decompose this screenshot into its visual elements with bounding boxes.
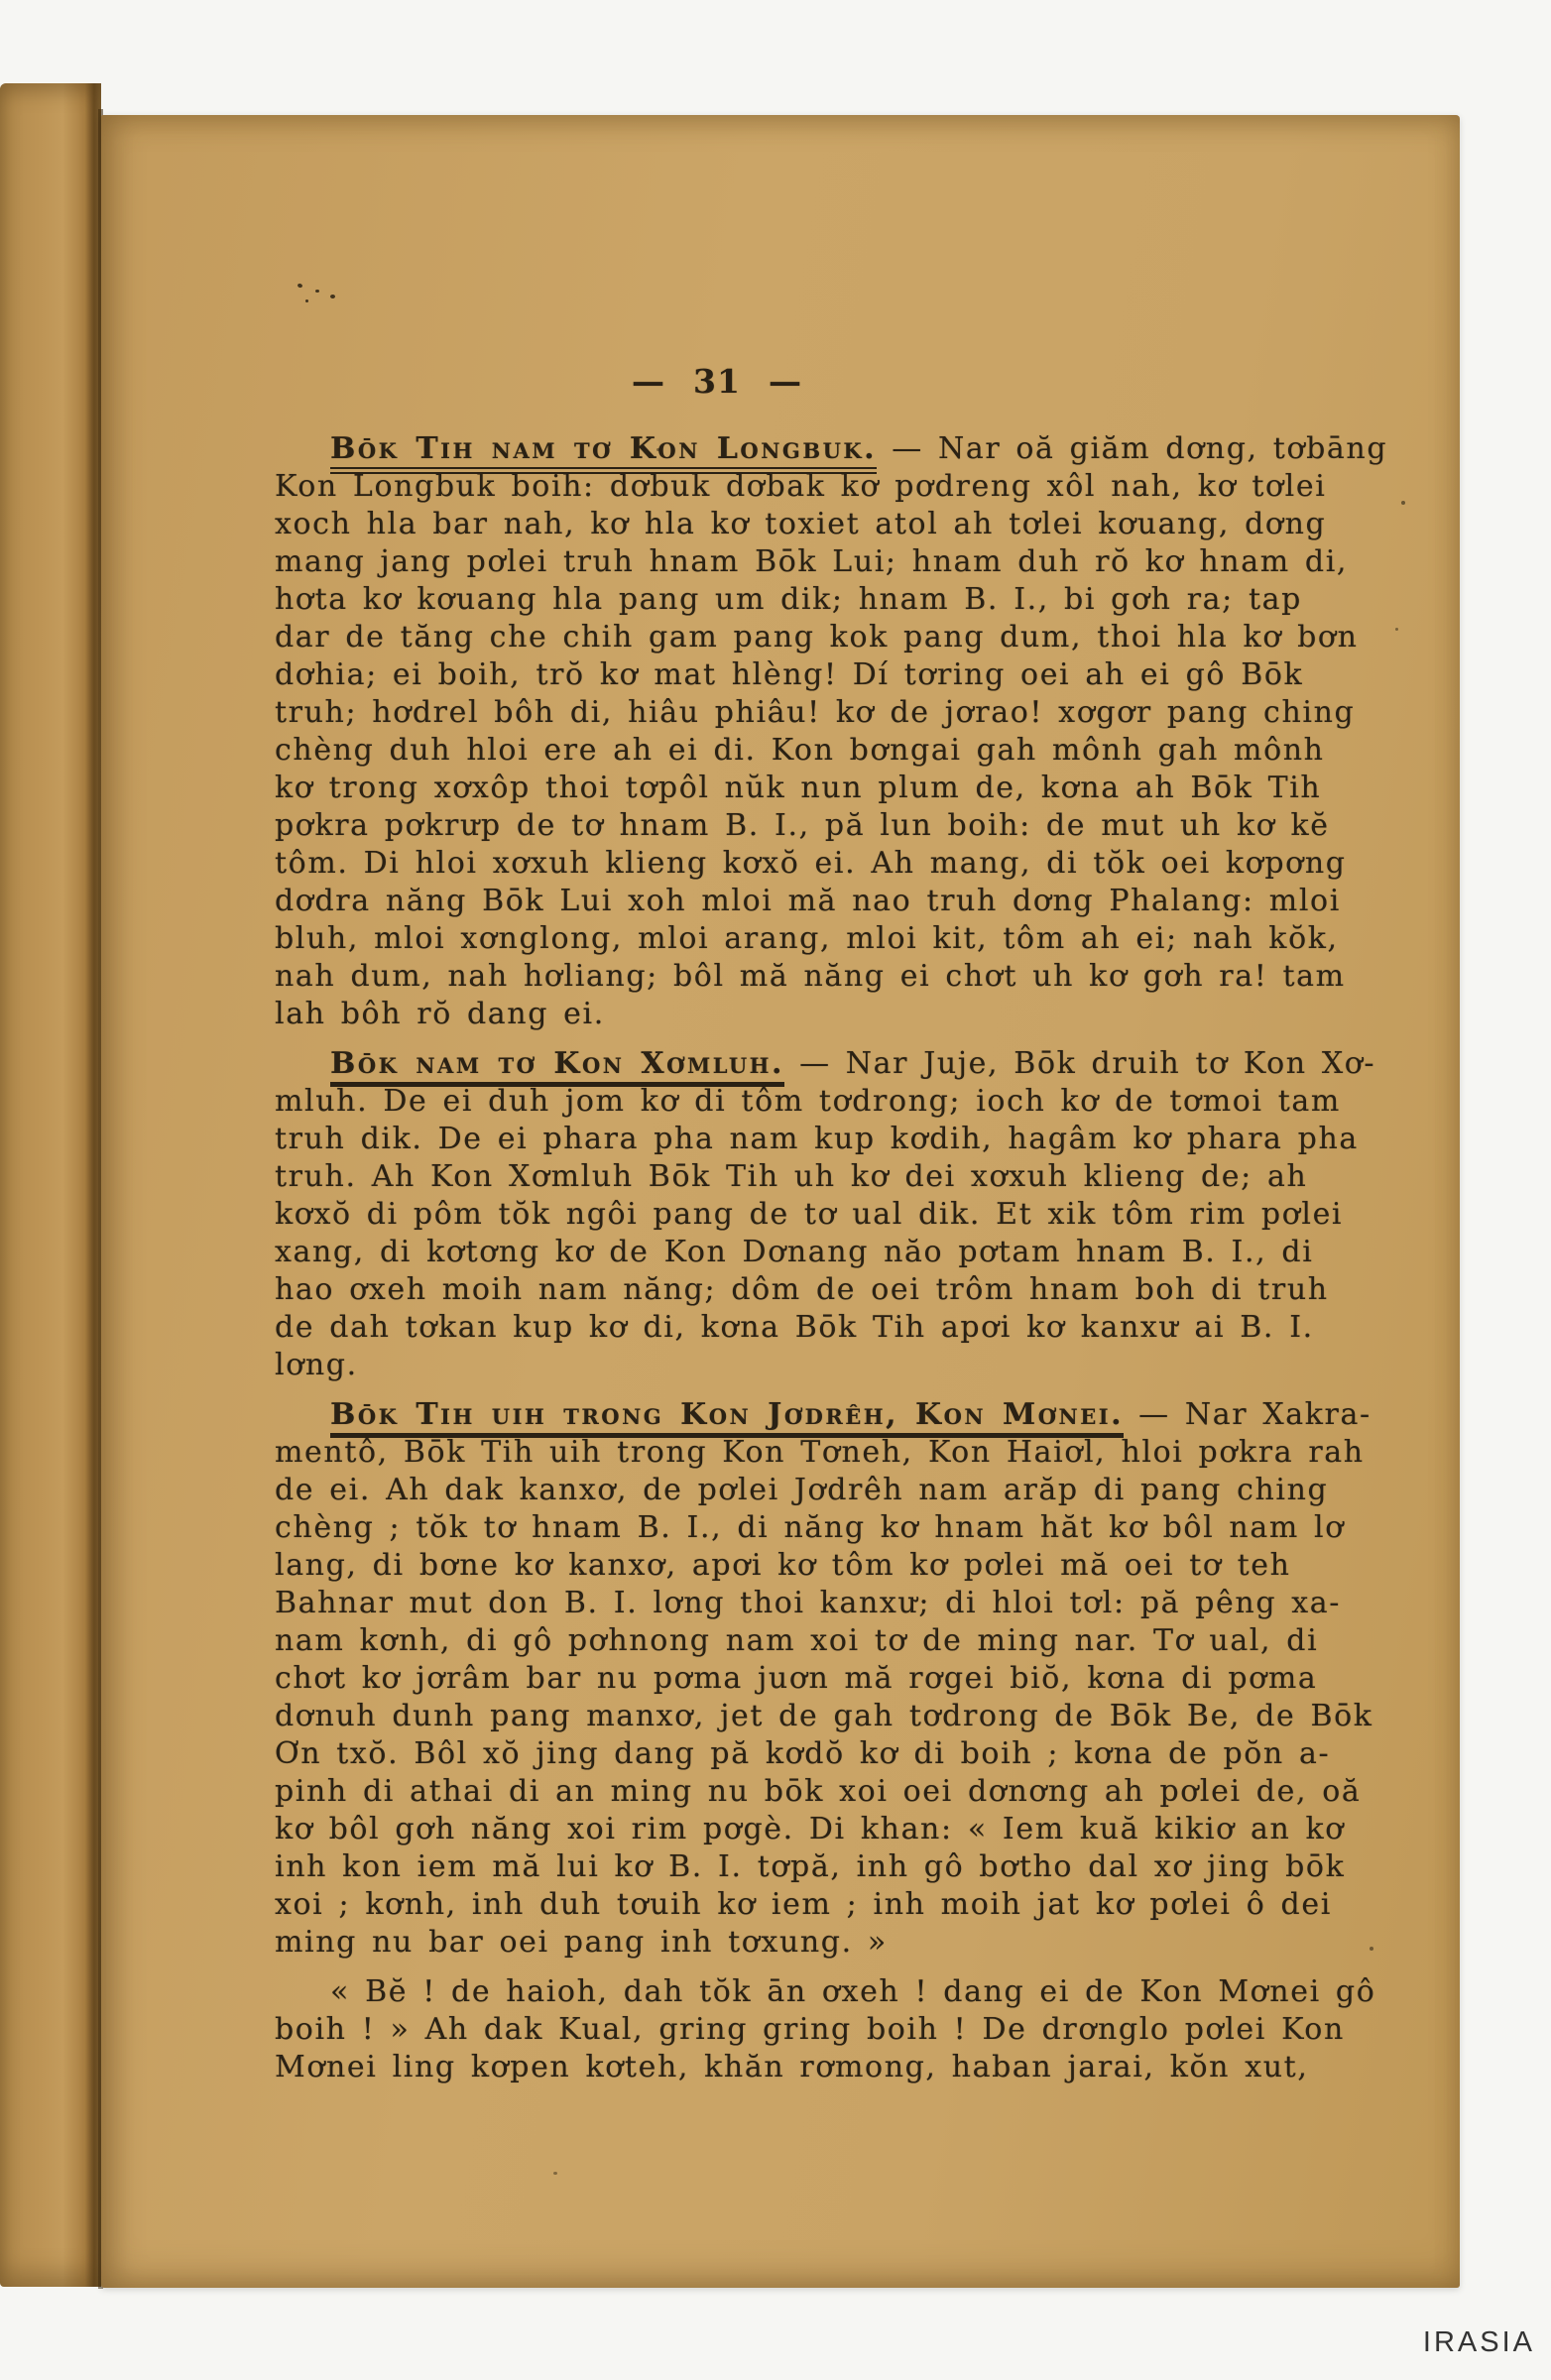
ink-speckle	[1395, 628, 1398, 631]
paragraph-body: « Bĕ ! de haioh, dah tŏk ān ơxeh ! dang …	[275, 1974, 1375, 2084]
section-heading-kon-jodreh-monei: Bōk Tih uih trong Kon Jơdrêh, Kon Mơnei.	[330, 1397, 1124, 1438]
paragraph-kon-xomluh: Bōk nam tơ Kon Xơmluh. — Nar Juje, Bōk d…	[275, 1045, 1445, 1384]
paragraph-quote: « Bĕ ! de haioh, dah tŏk ān ơxeh ! dang …	[275, 1973, 1445, 2086]
paragraph-body: — Nar oă giăm dơng, tơbāng Kon Longbuk b…	[275, 431, 1387, 1031]
paragraph-kon-jodreh-monei: Bōk Tih uih trong Kon Jơdrêh, Kon Mơnei.…	[275, 1396, 1445, 1962]
ink-speckle	[1370, 1947, 1373, 1951]
watermark: IRASIA	[1423, 2326, 1535, 2359]
text-block: —31— Bōk Tih nam tơ Kon Longbuk. — Nar o…	[275, 363, 1445, 2098]
book-page: —31— Bōk Tih nam tơ Kon Longbuk. — Nar o…	[101, 115, 1460, 2288]
paragraph-body: — Nar Xakra- mentô, Bōk Tih uih trong Ko…	[275, 1397, 1373, 1960]
ink-speckle	[1237, 1686, 1241, 1690]
ink-speckle	[305, 299, 308, 302]
page-number: —31—	[632, 363, 1445, 401]
page-number-value: 31	[693, 362, 741, 401]
ink-speckle	[1401, 501, 1405, 505]
section-heading-kon-longbuk: Bōk Tih nam tơ Kon Longbuk.	[330, 431, 877, 474]
underlying-page-edge	[0, 83, 101, 2287]
ink-speckle	[553, 2172, 557, 2175]
paragraph-kon-longbuk: Bōk Tih nam tơ Kon Longbuk. — Nar oă giă…	[275, 430, 1445, 1033]
page-number-dash-left: —	[632, 362, 665, 401]
ink-speckle	[330, 295, 335, 298]
page-number-dash-right: —	[769, 362, 802, 401]
scanned-book-page: —31— Bōk Tih nam tơ Kon Longbuk. — Nar o…	[0, 0, 1551, 2380]
ink-speckle	[315, 290, 319, 293]
ink-speckle	[656, 448, 659, 451]
section-heading-kon-xomluh: Bōk nam tơ Kon Xơmluh.	[330, 1046, 784, 1087]
paragraph-body: — Nar Juje, Bōk druih tơ Kon Xơ- mluh. D…	[275, 1046, 1375, 1382]
